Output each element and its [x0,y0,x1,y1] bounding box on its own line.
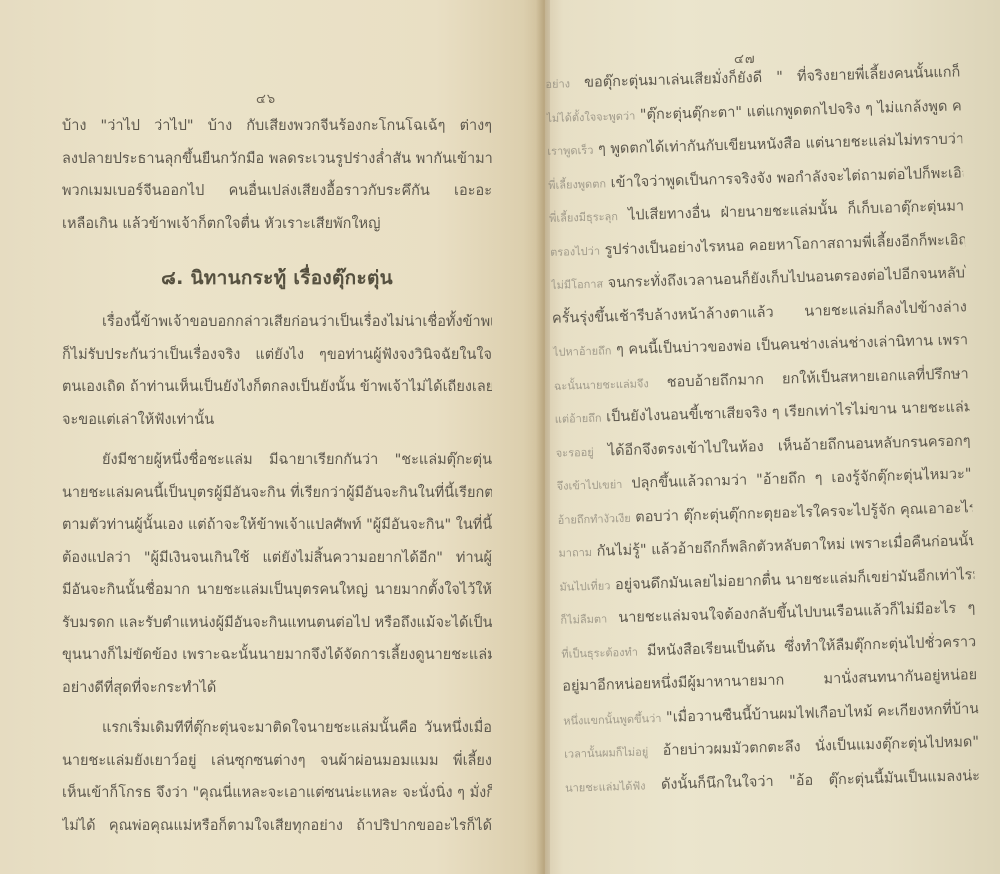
gutter-cut-text: ไม่ได้ตั้งใจจะพูดว่า [546,109,635,124]
gutter-cut-text: นายชะแล่มได้ฟัง [565,779,646,794]
gutter-cut-text: ฉะนั้นนายชะแล่มจึง [554,377,649,393]
text-line: ไม่ได้ คุณพ่อคุณแม่หรือก็ตามใจเสียทุกอย่… [62,810,492,843]
gutter-cut-text: จะรออยู่ [556,445,594,459]
gutter-cut-text: ไปหาอ้ายถึก [553,344,612,359]
text-line: เห็นเข้าก็โกรธ จึงว่า "คุณนี่แหละจะเอาแต… [62,777,492,810]
text-line: ตามตัวท่านผู้นั้นเอง แต่ถ้าจะให้ข้าพเจ้า… [62,509,492,542]
open-book-spread: ๔๖ บ้าง "ว่าไป ว่าไป" บ้าง กับเสียงพวกจี… [0,0,1000,874]
text-line: มีอันจะกินนั้นชื่อมาก นายชะแล่มเป็นบุตรค… [62,574,492,607]
left-page-text: บ้าง "ว่าไป ว่าไป" บ้าง กับเสียงพวกจีนร้… [62,110,492,842]
gutter-cut-text: ตรองไปว่า [550,244,600,258]
text-line: นายชะแล่มยังเยาว์อยู่ เล่นซุกซนต่างๆ จนผ… [62,745,492,778]
text-line: นายชะแล่มคนนี้เป็นบุตรผู้มีอันจะกิน ที่เ… [62,477,492,510]
page-number: ๔๖ [256,88,276,109]
text-line: จะขอแต่เล่าให้ฟังเท่านั้น [62,404,492,437]
gutter-cut-text: ที่เป็นธุระต้องทำ [561,645,638,660]
gutter-cut-text: มันไปเที่ยว [559,579,610,593]
text-line: ตนเองเถิด ถ้าท่านเห็นเป็นยังไงก็ตกลงเป็น… [62,371,492,404]
gutter-cut-text: อ้ายถึกทำงัวเงีย [557,511,630,526]
text-line: ก็ไม่รับประกันว่าเป็นเรื่องจริง แต่ยังไง… [62,339,492,372]
gutter-cut-text: พี่เลี้ยงพูดตก [548,177,606,192]
text-line: ยังมีชายผู้หนึ่งชื่อชะแล่ม มีฉายาเรียกกั… [62,444,492,477]
text-line: เหลือเกิน แล้วข้าพเจ้าก็ตกใจตื่น หัวเราะ… [62,208,492,241]
gutter-cut-text: จึงเข้าไปเขย่า [557,478,623,493]
text-line: รับมรดก และรับตำแหน่งผู้มีอันจะกินแทนตนต… [62,607,492,640]
gutter-cut-text: พี่เลี้ยงมีธุระลุก [549,210,618,225]
gutter-cut-text: หนึ่งแขกนั้นพูดขึ้นว่า [563,712,662,728]
gutter-cut-text: ก็ไม่ลืมตา [560,612,607,626]
gutter-cut-text: มาถาม [558,546,592,560]
paragraph: ยังมีชายผู้หนึ่งชื่อชะแล่ม มีฉายาเรียกกั… [62,444,492,704]
chapter-heading: ๘. นิทานกระทู้ เรื่องตุ๊กะตุ่น [62,262,492,294]
text-line: แรกเริ่มเดิมทีที่ตุ๊กะตุ่นจะมาติดใจนายชะ… [62,712,492,745]
text-line: ลงปลายประธานลุกขึ้นยืนกวักมือ พลดระเวนรู… [62,143,492,176]
right-page-text: อย่าง ขอตุ๊กะตุ่นมาเล่นเสียมั่งก็ยังดี "… [545,56,980,804]
text-line: ขุนนางก็ไม่ขัดข้อง เพราะฉะนั้นนายมากจึงไ… [62,639,492,672]
gutter-cut-text: ไม่มีโอกาส [551,277,603,291]
paragraph: แรกเริ่มเดิมทีที่ตุ๊กะตุ่นจะมาติดใจนายชะ… [62,712,492,842]
right-page: ๔๗ อย่าง ขอตุ๊กะตุ่นมาเล่นเสียมั่งก็ยังด… [545,0,1000,874]
text-line: ต้องแปลว่า "ผู้มีเงินจนเกินใช้ แต่ยังไม่… [62,542,492,575]
text-line: เรื่องนี้ข้าพเจ้าขอบอกกล่าวเสียก่อนว่าเป… [62,306,492,339]
left-page: ๔๖ บ้าง "ว่าไป ว่าไป" บ้าง กับเสียงพวกจี… [0,0,545,874]
gutter-cut-text: อย่าง [545,77,570,91]
gutter-cut-text: เวลานั้นผมก็ไม่อยู่ [564,745,648,760]
text-line: พวกเมมเบอร์จีนออกไป คนอื่นเปล่งเสียงอื้อ… [62,175,492,208]
gutter-cut-text: เราพูดเร็ว [547,144,593,158]
text-line: อย่างดีที่สุดที่จะกระทำได้ [62,672,492,705]
paragraph: เรื่องนี้ข้าพเจ้าขอบอกกล่าวเสียก่อนว่าเป… [62,306,492,436]
gutter-cut-text: แต่อ้ายถึก [555,412,602,426]
text-line: บ้าง "ว่าไป ว่าไป" บ้าง กับเสียงพวกจีนร้… [62,110,492,143]
